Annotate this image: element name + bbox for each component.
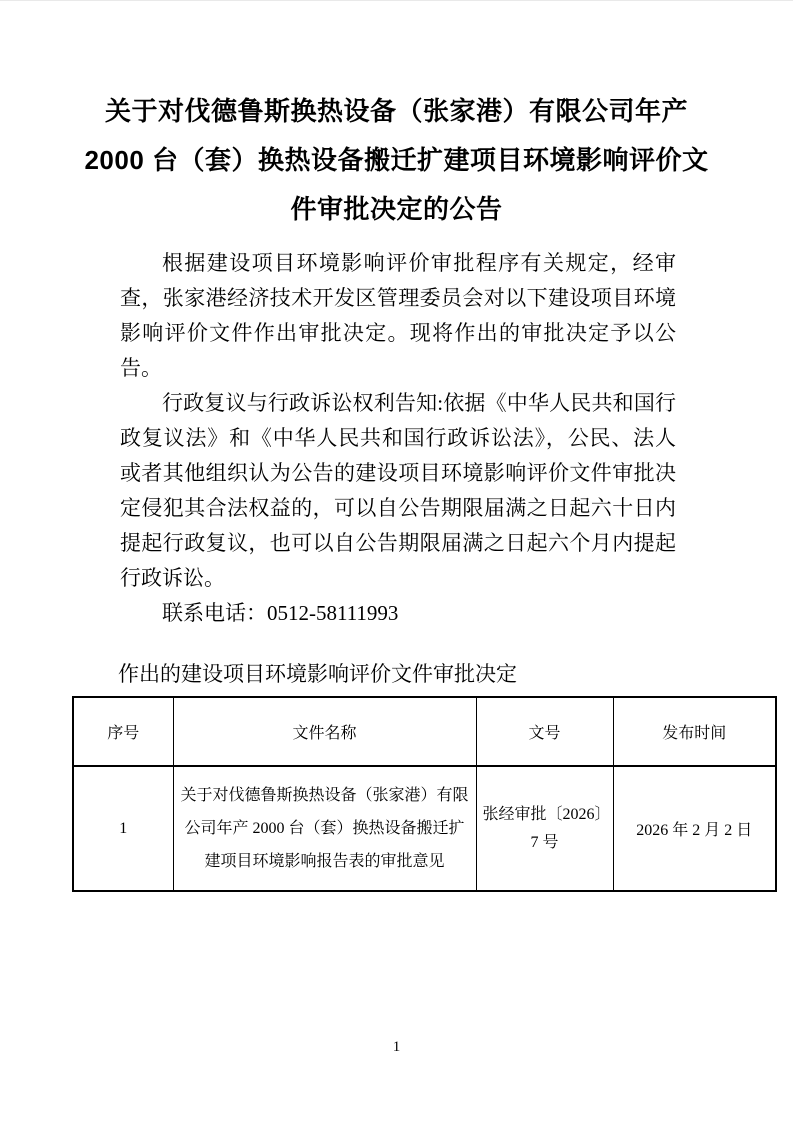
paragraph-approval-basis: 根据建设项目环境影响评价审批程序有关规定，经审查，张家港经济技术开发区管理委员会… xyxy=(120,246,676,386)
column-header-seq: 序号 xyxy=(73,697,173,766)
table-row: 1 关于对伐德鲁斯换热设备（张家港）有限公司年产 2000 台（套）换热设备搬迁… xyxy=(73,766,776,891)
approval-decision-table: 序号 文件名称 文号 发布时间 1 关于对伐德鲁斯换热设备（张家港）有限公司年产… xyxy=(72,696,777,892)
column-header-document-name: 文件名称 xyxy=(173,697,476,766)
document-title: 关于对伐德鲁斯换热设备（张家港）有限公司年产 2000 台（套）换热设备搬迁扩建… xyxy=(0,87,793,234)
cell-document-name: 关于对伐德鲁斯换热设备（张家港）有限公司年产 2000 台（套）换热设备搬迁扩建… xyxy=(173,766,476,891)
table-header-row: 序号 文件名称 文号 发布时间 xyxy=(73,697,776,766)
column-header-document-number: 文号 xyxy=(476,697,613,766)
cell-document-number: 张经审批〔2026〕 7 号 xyxy=(476,766,613,891)
document-page: 关于对伐德鲁斯换热设备（张家港）有限公司年产 2000 台（套）换热设备搬迁扩建… xyxy=(0,0,793,1122)
document-title-line-1: 关于对伐德鲁斯换热设备（张家港）有限公司年产 xyxy=(0,87,793,136)
page-number: 1 xyxy=(0,1039,793,1056)
paragraph-legal-rights: 行政复议与行政诉讼权利告知:依据《中华人民共和国行政复议法》和《中华人民共和国行… xyxy=(120,386,676,596)
table-caption: 作出的建设项目环境影响评价文件审批决定 xyxy=(118,658,517,690)
document-number-line-2: 7 号 xyxy=(483,829,607,857)
document-body: 根据建设项目环境影响评价审批程序有关规定，经审查，张家港经济技术开发区管理委员会… xyxy=(120,246,676,631)
document-title-line-3: 件审批决定的公告 xyxy=(0,185,793,234)
cell-publish-date: 2026 年 2 月 2 日 xyxy=(613,766,776,891)
document-title-line-2: 2000 台（套）换热设备搬迁扩建项目环境影响评价文 xyxy=(0,136,793,185)
contact-phone: 联系电话：0512-58111993 xyxy=(120,596,676,631)
document-number-line-1: 张经审批〔2026〕 xyxy=(483,801,607,829)
column-header-publish-date: 发布时间 xyxy=(613,697,776,766)
cell-seq: 1 xyxy=(73,766,173,891)
